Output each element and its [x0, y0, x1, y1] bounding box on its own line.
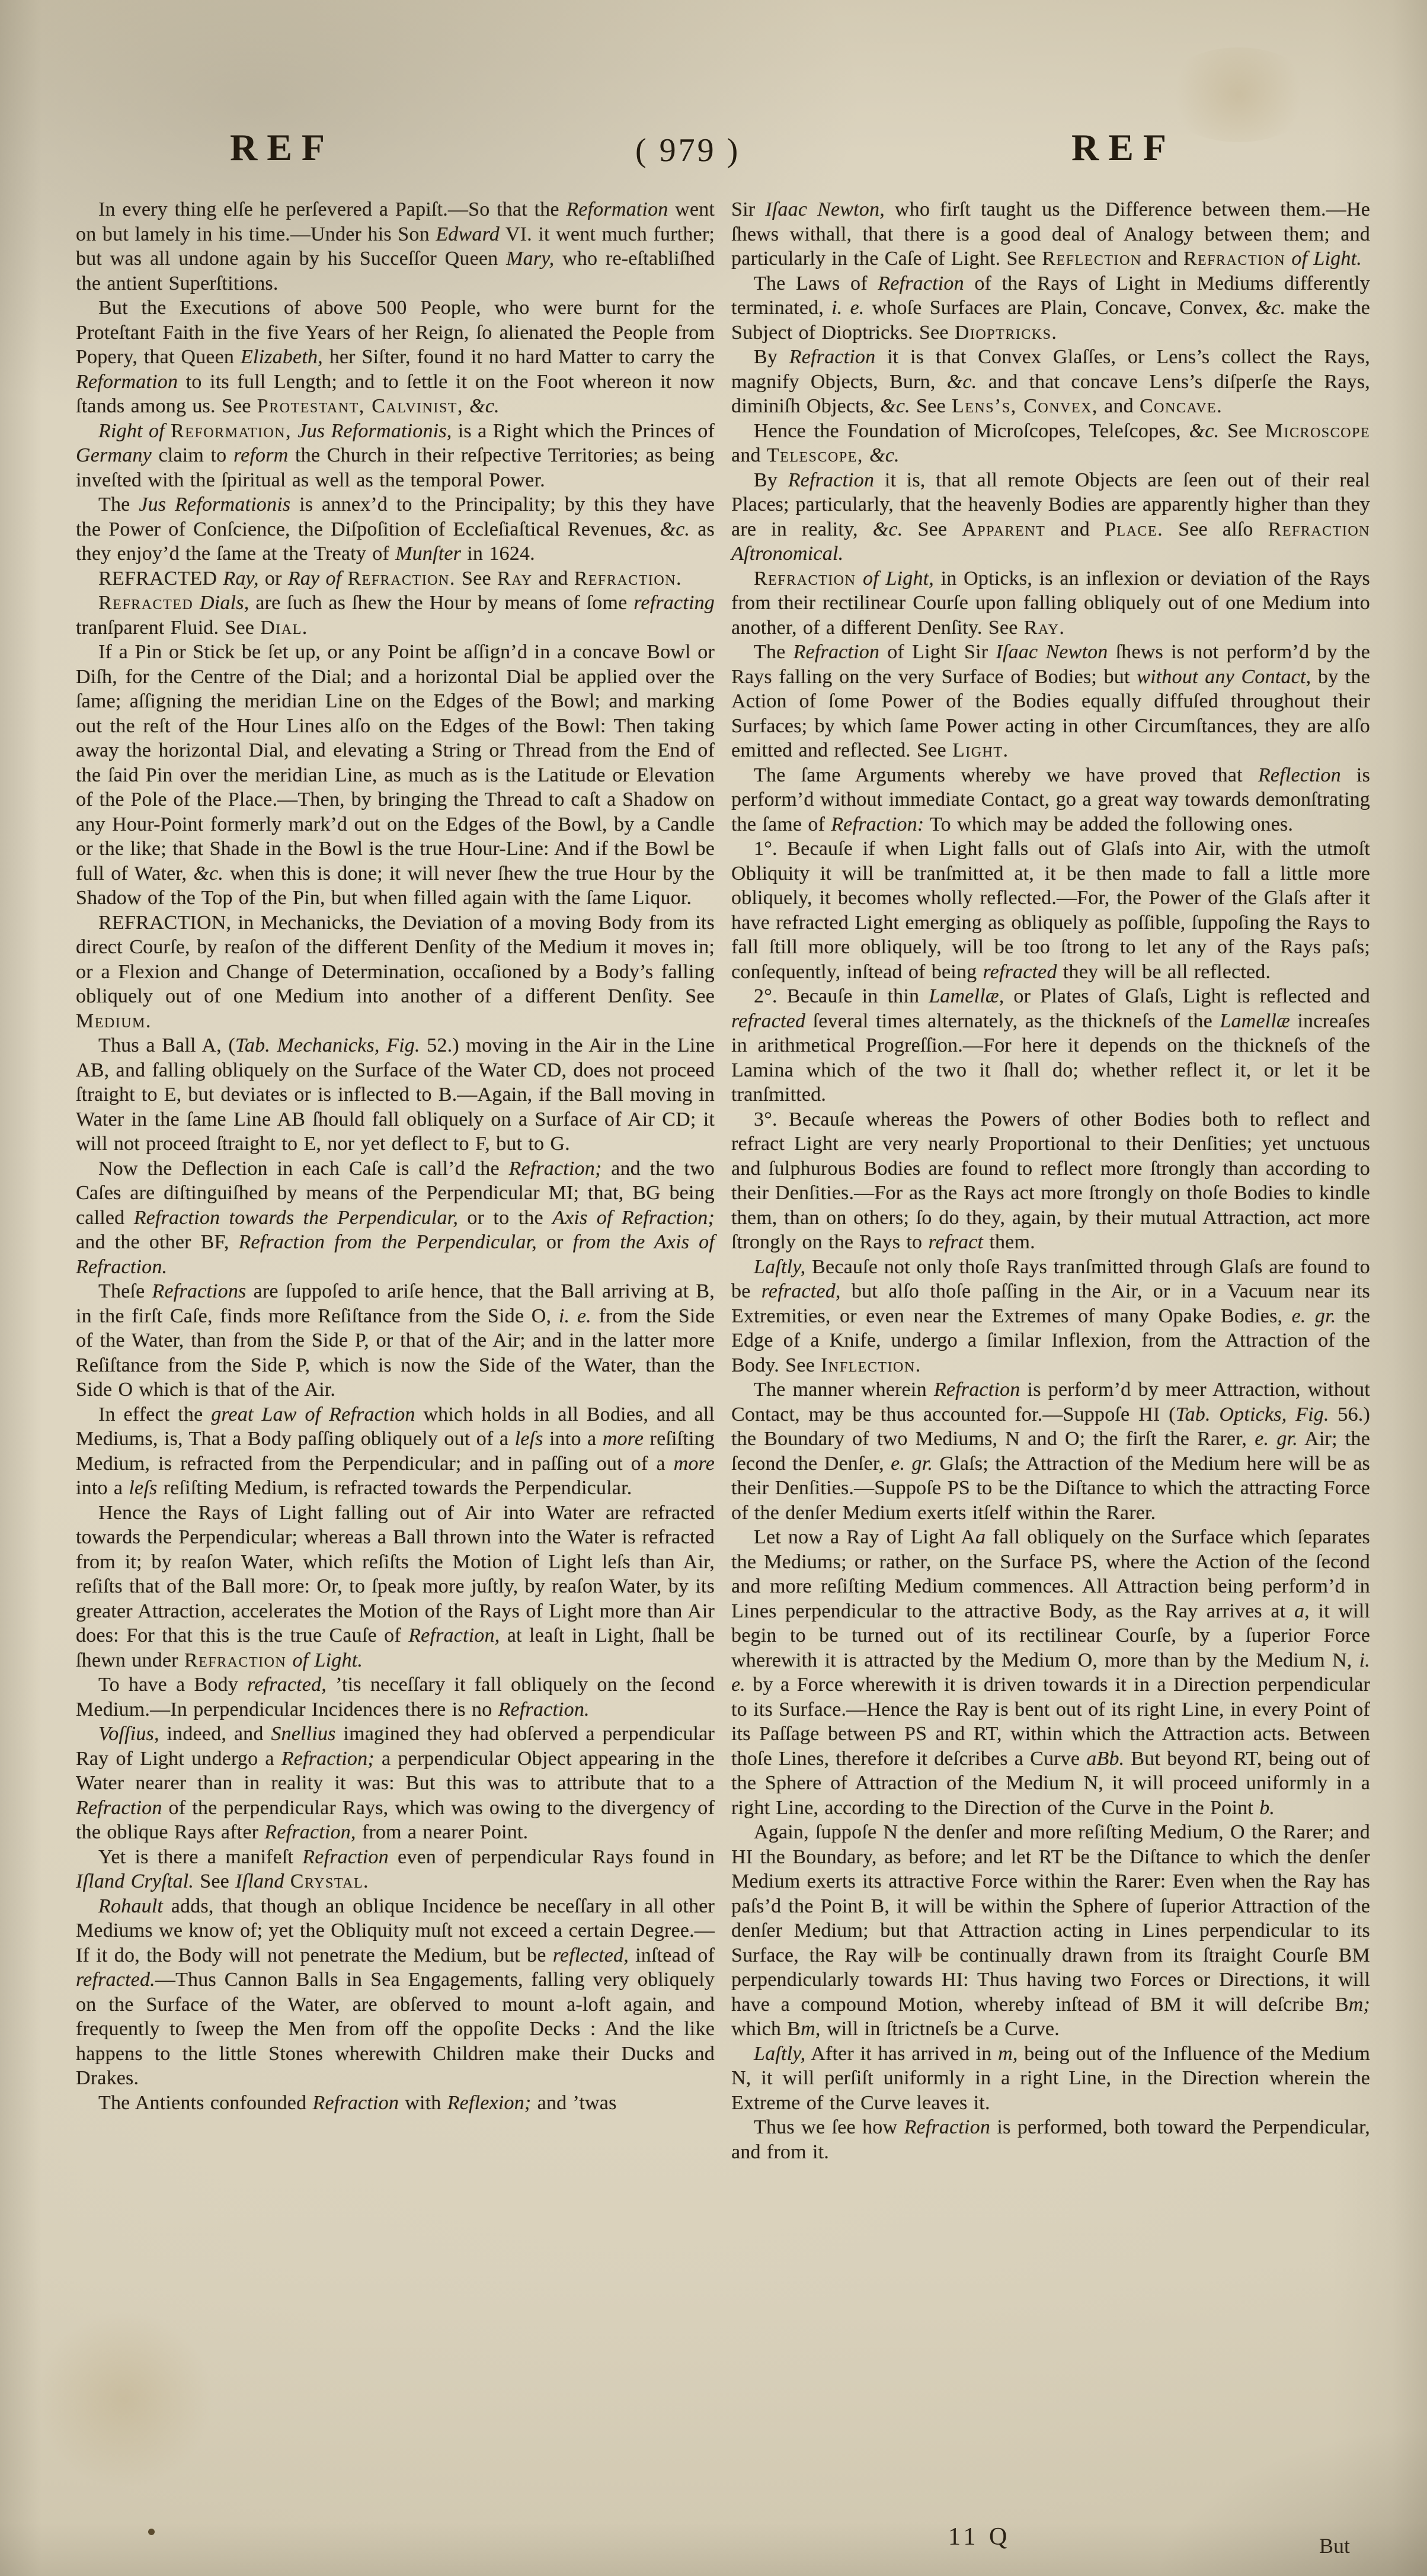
body-text: In effect the	[98, 1404, 211, 1425]
body-text: and	[533, 568, 574, 589]
body-text: Sir	[731, 198, 765, 220]
paragraph: Refracted Dials, are ſuch as ſhew the Ho…	[76, 591, 715, 640]
body-text: In every thing elſe he perſevered a Papi…	[98, 198, 566, 220]
italic-text: &c.	[469, 395, 500, 417]
body-text: is a Right which the Princes of	[452, 420, 715, 442]
body-text: REFRACTED	[98, 568, 223, 589]
body-text	[463, 395, 469, 417]
paragraph: In effect the great Law of Refraction wh…	[76, 1402, 715, 1501]
italic-text: Mary,	[506, 248, 554, 270]
italic-text: &c.	[660, 518, 690, 540]
italic-text: Fig.	[386, 1034, 420, 1056]
italic-text: m;	[1349, 1994, 1370, 2016]
italic-text: Axis of Refraction;	[552, 1207, 715, 1229]
italic-text: Munſter	[395, 543, 461, 565]
paragraph: Thus a Ball A, (Tab. Mechanicks, Fig. 52…	[76, 1033, 715, 1156]
paragraph: Laſtly, After it has arrived in m, being…	[731, 2042, 1370, 2116]
italic-text: Refraction;	[508, 1158, 601, 1180]
body-text: or	[537, 1231, 573, 1253]
italic-text: Tab. Mechanicks,	[235, 1034, 380, 1056]
body-text	[863, 444, 869, 466]
body-text: See	[903, 518, 962, 540]
paragraph: The Refraction of Light Sir Iſaac Newton…	[731, 640, 1370, 763]
body-text: ſeveral times alternately, as the thickn…	[805, 1010, 1220, 1032]
italic-text: Refraction,	[264, 1821, 356, 1843]
italic-text: Elizabeth,	[241, 346, 323, 368]
paragraph: The Laws of Refraction of the Rays of Li…	[731, 271, 1370, 345]
italic-text: Snellius	[271, 1723, 335, 1745]
italic-text: Refraction towards the Perpendicular,	[134, 1207, 458, 1229]
text-column-left: In every thing elſe he perſevered a Papi…	[76, 197, 715, 2115]
paragraph: In every thing elſe he perſevered a Papi…	[76, 197, 715, 296]
body-text: or	[259, 568, 288, 589]
italic-text: Refraction.	[498, 1699, 590, 1720]
paper-stain	[1162, 47, 1316, 142]
paragraph: Theſe Refractions are ſuppoſed to ariſe …	[76, 1279, 715, 1402]
italic-text: Refraction	[794, 641, 880, 663]
italic-text: m,	[801, 2018, 820, 2040]
body-text: See	[194, 1870, 235, 1892]
body-text	[1287, 1404, 1295, 1425]
italic-text: refract	[928, 1231, 983, 1253]
paragraph: Rohault adds, that though an oblique Inc…	[76, 1894, 715, 2091]
body-text: or to the	[458, 1207, 552, 1229]
italic-text: without any Contact,	[1137, 666, 1311, 688]
italic-text: &c.	[1256, 297, 1286, 319]
paragraph: To have a Body refracted, ’tis neceſſary…	[76, 1673, 715, 1722]
italic-text: i. e.	[831, 297, 864, 319]
small-caps-text: Ray.	[1024, 617, 1066, 639]
italic-text: Reflection	[1258, 764, 1341, 786]
small-caps-text: Concave.	[1140, 395, 1223, 417]
paragraph: Right of Reformation, Jus Reformationis,…	[76, 419, 715, 493]
italic-text: great Law of Refraction	[211, 1404, 415, 1425]
italic-text: Germany	[76, 444, 152, 466]
italic-text: Refraction	[878, 273, 964, 294]
italic-text: Edward	[436, 223, 500, 245]
body-text: After it has arrived in	[805, 2043, 998, 2065]
body-text: inſtead of	[629, 1944, 715, 1966]
paragraph: If a Pin or Stick be ſet up, or any Poin…	[76, 640, 715, 911]
italic-text: &c.	[193, 863, 223, 885]
body-text: The manner wherein	[754, 1379, 934, 1401]
body-text: and the other BF,	[76, 1231, 239, 1253]
body-text: By	[754, 346, 789, 368]
italic-text: Refraction from the Perpendicular,	[239, 1231, 537, 1253]
small-caps-text: Refraction	[1183, 248, 1285, 270]
italic-text: &c.	[1189, 420, 1220, 442]
body-text: Now the Deflection in each Caſe is call’…	[98, 1158, 508, 1180]
italic-text: reform	[233, 444, 289, 466]
body-text: her Siſter, found it no hard Matter to c…	[323, 346, 715, 368]
paper-stain	[36, 2311, 213, 2488]
body-text: Hence the Foundation of Microſcopes, Tel…	[754, 420, 1189, 442]
body-text: 2°. Becauſe in thin	[754, 985, 929, 1007]
paragraph: Laſtly, Becauſe not only thoſe Rays tran…	[731, 1255, 1370, 1378]
body-text: The	[754, 641, 794, 663]
small-caps-text: Reflection	[1042, 248, 1141, 270]
italic-text: Refraction	[904, 2116, 991, 2138]
small-caps-text: Refraction	[754, 568, 856, 589]
italic-text: Refraction:	[831, 813, 924, 835]
paragraph: Now the Deflection in each Caſe is call’…	[76, 1156, 715, 1280]
italic-text: Laſtly,	[754, 2043, 805, 2065]
italic-text: reflected,	[553, 1944, 629, 1966]
italic-text: Aſtronomical.	[731, 543, 843, 565]
body-text: See alſo	[1163, 518, 1268, 540]
body-text: See	[456, 568, 497, 589]
body-text: To have a Body	[98, 1674, 247, 1696]
body-text: Thus we ſee how	[754, 2116, 904, 2138]
small-caps-text: Refracted	[98, 592, 193, 614]
small-caps-text: Refraction.	[574, 568, 682, 589]
body-text	[165, 420, 171, 442]
paragraph: 1°. Becauſe if when Light falls out of G…	[731, 837, 1370, 984]
body-text: and ’twas	[531, 2092, 616, 2114]
italic-text: Right of	[98, 420, 165, 442]
small-caps-text: Lens’s, Convex,	[952, 395, 1098, 417]
body-text	[1285, 248, 1291, 270]
italic-text: a	[975, 1526, 986, 1548]
italic-text: Refraction	[302, 1846, 389, 1868]
small-caps-text: Medium.	[76, 1010, 152, 1032]
body-text: of Light Sir	[879, 641, 996, 663]
italic-text: leſs	[129, 1477, 157, 1499]
italic-text: refracted,	[247, 1674, 327, 1696]
paragraph: Hence the Rays of Light falling out of A…	[76, 1501, 715, 1673]
body-text	[193, 592, 200, 614]
running-head-right: REF	[1071, 126, 1176, 169]
italic-text: Refraction	[789, 346, 876, 368]
body-text: and	[1045, 518, 1105, 540]
paragraph: The ſame Arguments whereby we have prove…	[731, 763, 1370, 837]
paragraph: By Refraction it is that Convex Glaſſes,…	[731, 345, 1370, 419]
body-text: Yet is there a manifeſt	[98, 1846, 302, 1868]
italic-text: refracted.	[76, 1969, 155, 1991]
small-caps-text: Dial.	[260, 617, 308, 639]
small-caps-text: Reformation,	[171, 420, 292, 442]
italic-text: Refraction,	[408, 1625, 500, 1646]
catchword: But	[1319, 2533, 1350, 2558]
italic-text: of Light,	[863, 568, 934, 589]
paragraph: 2°. Becauſe in thin Lamellæ, or Plates o…	[731, 984, 1370, 1107]
paragraph: Voſſius, indeed, and Snellius imagined t…	[76, 1722, 715, 1845]
body-text	[292, 420, 297, 442]
small-caps-text: Telescope,	[767, 444, 863, 466]
italic-text: e. gr.	[1292, 1305, 1336, 1327]
body-text: —Thus Cannon Balls in Sea Engagements, f…	[76, 1969, 715, 2089]
small-caps-text: Microscope	[1265, 420, 1370, 442]
italic-text: m,	[998, 2043, 1018, 2065]
body-text: To which may be added the following ones…	[924, 813, 1293, 835]
running-head-left: REF	[230, 126, 334, 169]
italic-text: aBb.	[1086, 1748, 1124, 1770]
body-text: reſiſting Medium, is refracted towards t…	[157, 1477, 632, 1499]
body-text: Let now a Ray of Light A	[754, 1526, 975, 1548]
body-text: See	[910, 395, 952, 417]
small-caps-text: Refraction	[184, 1649, 286, 1671]
italic-text: leſs	[515, 1428, 543, 1450]
paragraph: REFRACTED Ray, or Ray of Refraction. See…	[76, 566, 715, 591]
italic-text: &c.	[880, 395, 910, 417]
italic-text: Iſland	[235, 1870, 284, 1892]
body-text: them.	[983, 1231, 1035, 1253]
body-text: The	[98, 494, 139, 515]
body-text	[286, 1649, 292, 1671]
italic-text: a,	[1294, 1600, 1310, 1622]
body-text	[341, 568, 347, 589]
small-caps-text: Dioptricks.	[955, 322, 1058, 344]
body-text: or Plates of Glaſs, Light is reflected a…	[1004, 985, 1370, 1007]
paragraph: REFRACTION, in Mechanicks, the Deviation…	[76, 911, 715, 1034]
italic-text: e. gr.	[1255, 1428, 1298, 1450]
italic-text: Refraction	[76, 1797, 162, 1819]
small-caps-text: Crystal.	[290, 1870, 369, 1892]
body-text: will in ſtrictneſs be a Curve.	[821, 2018, 1060, 2040]
italic-text: Lamellæ	[1220, 1010, 1290, 1032]
paragraph: 3°. Becauſe whereas the Powers of other …	[731, 1107, 1370, 1255]
small-caps-text: Refraction.	[348, 568, 456, 589]
italic-text: Reformation	[566, 198, 668, 220]
paragraph: Refraction of Light, in Opticks, is an i…	[731, 566, 1370, 640]
small-caps-text: Inflection.	[821, 1354, 922, 1376]
body-text: from a nearer Point.	[356, 1821, 529, 1843]
italic-text: refracted,	[762, 1280, 841, 1302]
paragraph: Hence the Foundation of Microſcopes, Tel…	[731, 419, 1370, 468]
body-text: are ſuch as ſhew the Hour by means of ſo…	[249, 592, 633, 614]
text-column-right: Sir Iſaac Newton, who firſt taught us th…	[731, 197, 1370, 2164]
italic-text: Reformation	[76, 371, 178, 393]
body-text: into a	[76, 1477, 129, 1499]
italic-text: b.	[1259, 1797, 1275, 1819]
body-text: Theſe	[98, 1280, 152, 1302]
body-text: which B	[731, 2018, 801, 2040]
italic-text: e. gr.	[891, 1453, 933, 1475]
body-text: Thus a Ball A, (	[98, 1034, 235, 1056]
body-text	[856, 568, 863, 589]
paragraph: But the Executions of above 500 People, …	[76, 296, 715, 419]
body-text: into a	[543, 1428, 603, 1450]
italic-text: Ray,	[223, 568, 258, 589]
italic-text: refracted	[983, 961, 1057, 983]
italic-text: of Light.	[292, 1649, 363, 1671]
small-caps-text: Protestant, Calvinist,	[257, 395, 463, 417]
italic-text: Ray of	[288, 568, 342, 589]
italic-text: Reflexion;	[447, 2092, 532, 2114]
italic-text: Jus Reformationis,	[297, 420, 452, 442]
body-text: The Antients confounded	[98, 2092, 313, 2114]
body-text: The ſame Arguments whereby we have prove…	[754, 764, 1258, 786]
italic-text: Rohault	[98, 1895, 163, 1917]
italic-text: Jus Reformationis	[139, 494, 290, 515]
italic-text: Laſtly,	[754, 1256, 805, 1278]
italic-text: Tab. Opticks,	[1176, 1404, 1287, 1425]
italic-text: &c.	[869, 444, 900, 466]
italic-text: Refraction	[934, 1379, 1020, 1401]
italic-text: Refractions	[152, 1280, 247, 1302]
italic-text: more	[603, 1428, 644, 1450]
paragraph: Let now a Ray of Light Aa fall obliquely…	[731, 1525, 1370, 1820]
italic-text: Fig.	[1295, 1404, 1329, 1425]
body-text: See	[1219, 420, 1265, 442]
italic-text: Iſland Cryſtal.	[76, 1870, 194, 1892]
italic-text: Refraction	[313, 2092, 399, 2114]
italic-text: Iſaac Newton,	[765, 198, 885, 220]
ink-spot	[148, 2529, 155, 2535]
body-text: with	[399, 2092, 447, 2114]
italic-text: Iſaac Newton	[996, 641, 1108, 663]
small-caps-text: Ray	[497, 568, 533, 589]
body-text: and	[1098, 395, 1140, 417]
italic-text: refracting	[633, 592, 715, 614]
paragraph: Thus we ſee how Refraction is performed,…	[731, 2115, 1370, 2164]
book-page: REF ( 979 ) REF In every thing elſe he p…	[0, 0, 1427, 2576]
paragraph: Again, ſuppoſe N the denſer and more reſ…	[731, 1820, 1370, 2042]
body-text: they will be all reflected.	[1057, 961, 1271, 983]
italic-text: &c.	[947, 371, 977, 393]
body-text: even of perpendicular Rays found in	[389, 1846, 715, 1868]
paragraph: Yet is there a manifeſt Refraction even …	[76, 1845, 715, 1894]
small-caps-text: Light.	[952, 739, 1009, 761]
body-text: and	[1142, 248, 1183, 270]
body-text	[380, 1034, 387, 1056]
body-text: tranſparent Fluid. See	[76, 617, 260, 639]
small-caps-text: Refraction	[1268, 518, 1370, 540]
italic-text: Voſſius,	[98, 1723, 159, 1745]
body-text: in 1624.	[461, 543, 535, 565]
paragraph: The Jus Reformationis is annex’d to the …	[76, 492, 715, 566]
page-number: ( 979 )	[635, 132, 740, 169]
italic-text: of Light.	[1291, 248, 1362, 270]
italic-text: refracted	[731, 1010, 805, 1032]
body-text: REFRACTION, in Mechanicks, the Deviation…	[76, 912, 715, 1008]
italic-text: Lamellæ,	[929, 985, 1004, 1007]
ink-spot	[917, 1953, 922, 1957]
small-caps-text: Apparent	[962, 518, 1045, 540]
body-text	[284, 1870, 290, 1892]
italic-text: more	[674, 1453, 715, 1475]
italic-text: Refraction	[788, 469, 875, 491]
italic-text: Dials,	[200, 592, 249, 614]
paragraph: The Antients confounded Refraction with …	[76, 2091, 715, 2116]
italic-text: i. e.	[559, 1305, 591, 1327]
body-text: 3°. Becauſe whereas the Powers of other …	[731, 1108, 1370, 1254]
paragraph: The manner wherein Refraction is perform…	[731, 1377, 1370, 1525]
signature-mark: 11 Q	[948, 2523, 1010, 2551]
body-text: whoſe Surfaces are Plain, Concave, Conve…	[864, 297, 1255, 319]
body-text: By	[754, 469, 788, 491]
body-text: The Laws of	[754, 273, 878, 294]
paragraph: By Refraction it is, that all remote Obj…	[731, 468, 1370, 566]
paragraph: Sir Iſaac Newton, who firſt taught us th…	[731, 197, 1370, 271]
small-caps-text: Place.	[1105, 518, 1163, 540]
body-text: indeed, and	[159, 1723, 271, 1745]
italic-text: Refraction;	[281, 1748, 375, 1770]
body-text: and	[731, 444, 767, 466]
italic-text: &c.	[873, 518, 903, 540]
body-text: If a Pin or Stick be ſet up, or any Poin…	[76, 641, 715, 885]
body-text: claim to	[152, 444, 233, 466]
body-text: Again, ſuppoſe N the denſer and more reſ…	[731, 1821, 1370, 2016]
